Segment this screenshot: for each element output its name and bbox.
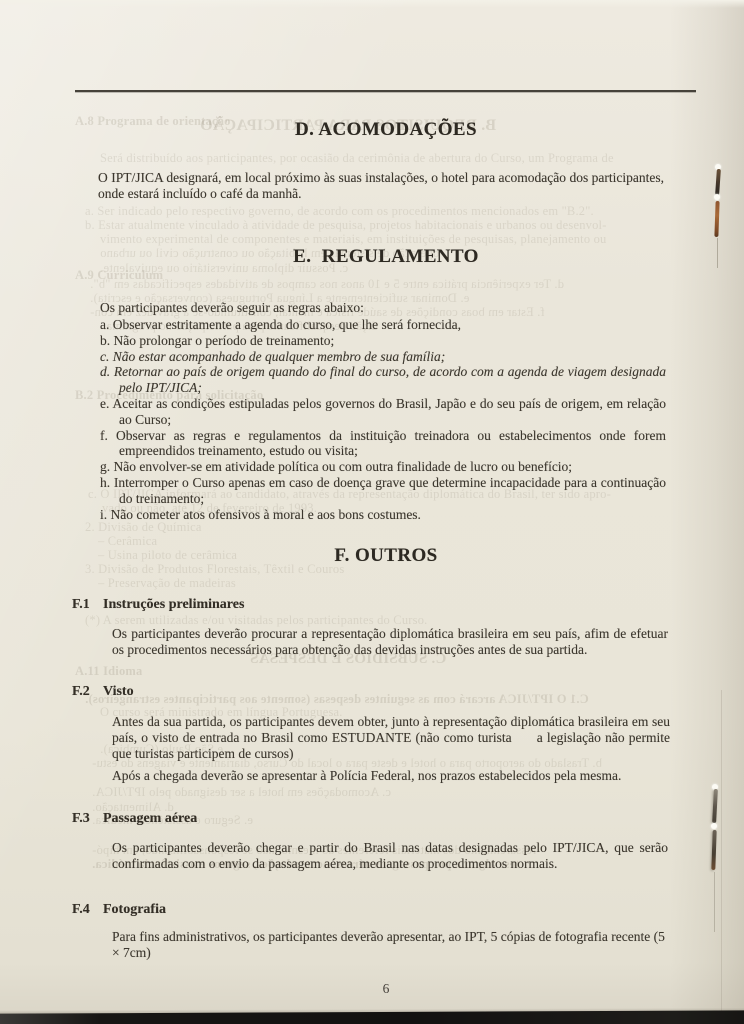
rule-text: Aceitar as condições estipuladas pelos g… [113, 396, 667, 427]
page-number: 6 [75, 981, 697, 997]
top-rule [75, 90, 696, 92]
section-e-title: E. REGULAMENTO [75, 246, 697, 268]
subsection-number: F.4 [72, 902, 103, 918]
subsection-f2-heading: F.2Visto [72, 684, 134, 700]
rule-letter: i. [100, 507, 107, 522]
rule-text: Não estar acompanhado de qualquer membro… [113, 349, 445, 364]
rule-letter: d. [100, 364, 110, 379]
staple-segment [712, 789, 718, 823]
rule-item-g: g. Não envolver-se em atividade política… [100, 459, 666, 475]
subsection-f4-heading: F.4Fotografia [72, 902, 166, 918]
rule-item-d: d. Retornar ao país de origem quando do … [100, 364, 666, 396]
bleed-through-text: c. Acomodações em hotel a ser designado … [92, 785, 391, 800]
staple-icon [712, 164, 724, 264]
bleed-through-text: – Preservação de madeiras [98, 576, 236, 591]
rule-text: Retornar ao país de origem quando do fin… [114, 364, 666, 395]
staple-segment [715, 169, 721, 195]
rule-item-f: f. Observar as regras e regulamentos da … [100, 428, 666, 460]
staple-scratch [714, 872, 715, 932]
bleed-through-text: a. Ser indicado pelo respectivo governo,… [85, 204, 594, 219]
rules-list: a. Observar estritamente a agenda do cur… [100, 317, 666, 522]
subsection-title: Passagem aérea [103, 811, 197, 826]
subsection-title: Visto [103, 684, 134, 699]
bleed-through-text: Será distribuído aos participantes, por … [100, 151, 614, 166]
rule-letter: h. [100, 475, 110, 490]
rule-letter: b. [100, 333, 110, 348]
bleed-through-text: b. Estar atualmente vinculado à atividad… [85, 218, 607, 233]
subsection-title: Instruções preliminares [103, 597, 244, 612]
staple-glint [714, 194, 720, 200]
rule-letter: e. [100, 396, 109, 411]
subsection-f2-paragraph: Antes da sua partida, os participantes d… [112, 714, 670, 763]
bleed-through-text: A.11 Idioma [75, 664, 143, 679]
rule-letter: c. [100, 349, 109, 364]
subsection-f4-paragraph: Para fins administrativos, os participan… [112, 929, 668, 961]
rule-item-h: h. Interromper o Curso apenas em caso de… [100, 475, 666, 507]
subsection-f2-paragraph: Após a chegada deverão se apresentar à P… [112, 768, 670, 784]
section-f-title: F. OUTROS [75, 545, 697, 567]
rule-letter: g. [100, 459, 110, 474]
staple-segment [714, 201, 719, 237]
section-d-paragraph: O IPT/JICA designará, em local próximo à… [98, 170, 664, 202]
staple-glint [711, 823, 717, 829]
staple-icon [706, 786, 720, 886]
rule-letter: f. [100, 428, 108, 443]
rule-letter: a. [100, 317, 109, 332]
rule-text: Observar as regras e regulamentos da ins… [116, 428, 666, 459]
subsection-number: F.1 [72, 597, 103, 613]
rule-text: Não prolongar o período de treinamento; [114, 333, 335, 348]
scan-background-bar [0, 1010, 744, 1024]
rule-item-i: i. Não cometer atos ofensivos à moral e … [100, 507, 666, 523]
bleed-through-text: d. Ter experiência prática entre 5 e 10 … [90, 277, 564, 292]
scanned-document-page: A.8 Programa de orientaçãoB. REQUISITOS … [0, 0, 744, 1024]
section-e-intro: Os participantes deverão seguir as regra… [100, 300, 666, 316]
rule-item-e: e. Aceitar as condições estipuladas pelo… [100, 396, 666, 428]
page-edge-crease [721, 690, 722, 1014]
subsection-f1-heading: F.1Instruções preliminares [72, 597, 244, 613]
rule-item-a: a. Observar estritamente a agenda do cur… [100, 317, 666, 333]
rule-item-b: b. Não prolongar o período de treinament… [100, 333, 666, 349]
subsection-number: F.3 [72, 811, 103, 827]
rule-text: Não cometer atos ofensivos à moral e aos… [111, 507, 421, 522]
rule-text: Interromper o Curso apenas em caso de do… [114, 475, 666, 506]
subsection-f3-paragraph: Os participantes deverão chegar e partir… [112, 840, 668, 872]
subsection-f1-paragraph: Os participantes deverão procurar a repr… [112, 626, 668, 658]
section-d-title: D. ACOMODAÇÕES [75, 119, 697, 141]
rule-item-c: c. Não estar acompanhado de qualquer mem… [100, 349, 666, 365]
rule-text: Observar estritamente a agenda do curso,… [113, 317, 461, 332]
staple-scratch [717, 238, 718, 268]
subsection-title: Fotografia [103, 902, 166, 917]
staple-segment [711, 830, 716, 870]
bleed-through-text: vimento experimental de componentes e ma… [100, 232, 607, 247]
rule-text: Não envolver-se em atividade política ou… [114, 459, 573, 474]
subsection-f3-heading: F.3Passagem aérea [72, 811, 197, 827]
subsection-number: F.2 [72, 684, 103, 700]
